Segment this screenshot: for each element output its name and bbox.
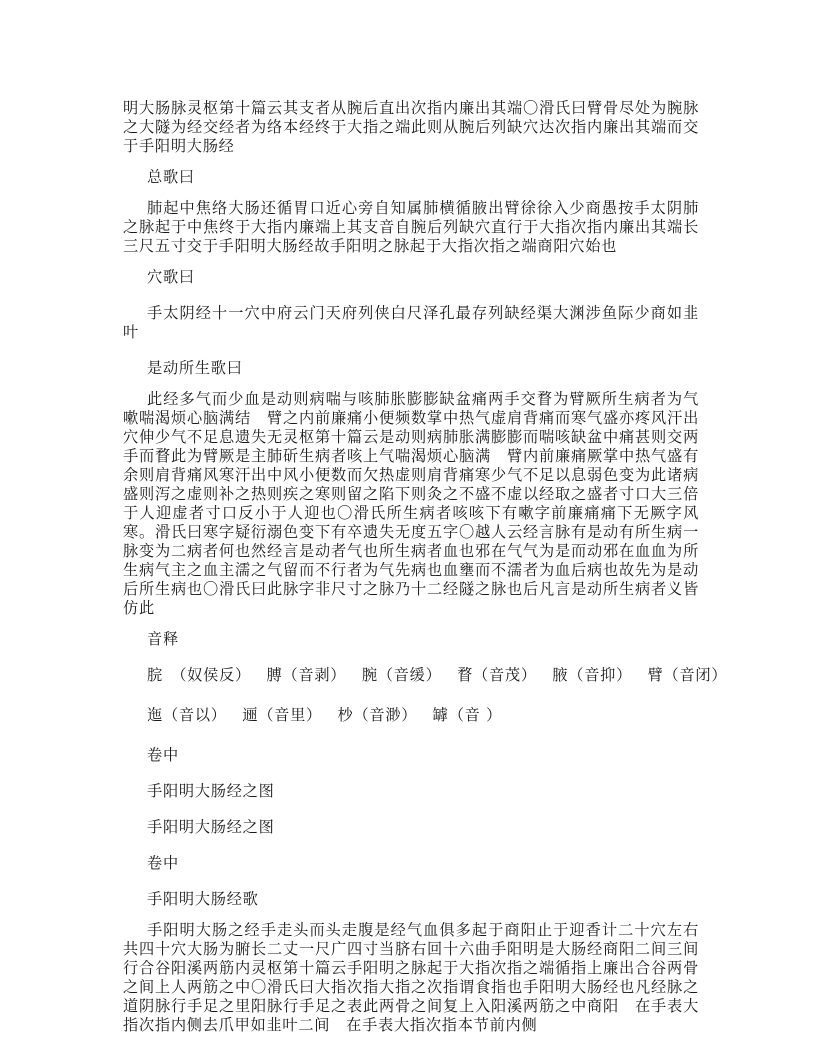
pronunciation-item: 迤（音以）	[147, 706, 227, 724]
paragraph-jing-ge: 手阳明大肠之经手走头而头走腹是经气血俱多起于商阳止于迎香计二十穴左右共四十穴大肠…	[123, 921, 699, 1035]
pronunciation-item: 腕（音缓）	[362, 666, 442, 684]
heading-juan-zhong: 卷中	[123, 746, 699, 765]
heading-jing-ge: 手阳明大肠经歌	[123, 890, 699, 909]
heading-figure-title: 手阳明大肠经之图	[123, 782, 699, 801]
heading-yin-shi: 音释	[123, 630, 699, 649]
pronunciation-item: 臂（音闭）	[648, 666, 728, 684]
heading-zong-ge: 总歌曰	[123, 168, 699, 187]
pronunciation-item: 杪（音渺）	[338, 706, 418, 724]
pronunciation-line-1: 脘 （奴侯反） 膊（音剥） 腕（音缓） 瞀（音茂） 腋（音抑） 臂（音闭）	[123, 666, 699, 685]
intro-paragraph: 明大肠脉灵枢第十篇云其支者从腕后直出次指内廉出其端〇滑氏曰臂骨尽处为腕脉之大隧为…	[123, 99, 699, 156]
pronunciation-item: 罅（音 ）	[433, 706, 502, 724]
heading-figure-title: 手阳明大肠经之图	[123, 818, 699, 837]
pronunciation-item: 腋（音抑）	[552, 666, 632, 684]
heading-shi-dong-suo-sheng: 是动所生歌曰	[123, 359, 699, 378]
paragraph-shi-dong-suo-sheng: 此经多气而少血是动则病喘与咳肺胀膨膨缺盆痛两手交瞀为臂厥所生病者为气嗽喘渴烦心脑…	[123, 390, 699, 618]
document-page: 明大肠脉灵枢第十篇云其支者从腕后直出次指内廉出其端〇滑氏曰臂骨尽处为腕脉之大隧为…	[123, 99, 699, 1047]
heading-xue-ge: 穴歌曰	[123, 268, 699, 287]
heading-juan-zhong: 卷中	[123, 854, 699, 873]
pronunciation-item: 膊（音剥）	[267, 666, 347, 684]
paragraph-zong-ge: 肺起中焦络大肠还循胃口近心旁自知属肺横循腋出臂徐徐入少商愚按手太阴肺之脉起于中焦…	[123, 199, 699, 256]
paragraph-xue-ge: 手太阴经十一穴中府云门天府列侠白尺泽孔最存列缺经渠大渊涉鱼际少商如韭叶	[123, 304, 699, 342]
pronunciation-item: 逦（音里）	[242, 706, 322, 724]
pronunciation-item: 脘 （奴侯反）	[147, 666, 251, 684]
pronunciation-item: 瞀（音茂）	[457, 666, 537, 684]
pronunciation-line-2: 迤（音以） 逦（音里） 杪（音渺） 罅（音 ）	[123, 706, 699, 725]
